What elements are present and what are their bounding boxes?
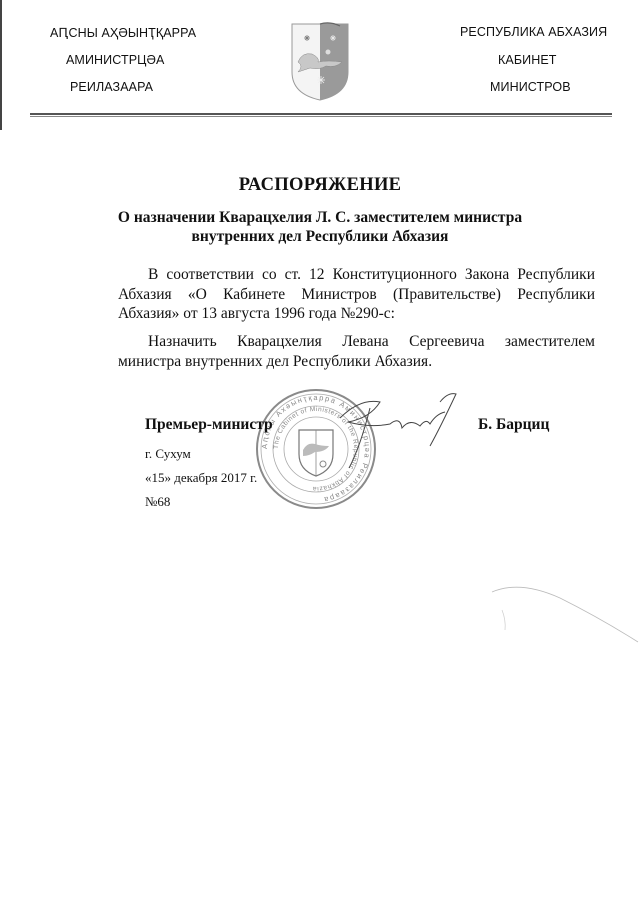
letterhead-right-line-1: РЕСПУБЛИКА АБХАЗИЯ — [460, 25, 607, 39]
coat-of-arms-icon — [290, 22, 350, 102]
paragraph-appointment: Назначить Кварацхелия Левана Сергеевича … — [118, 332, 595, 371]
signatory-name: Б. Барциц — [478, 416, 549, 434]
letterhead-right-line-2: КАБИНЕТ — [498, 53, 557, 67]
handwritten-signature-icon — [330, 388, 480, 468]
document-subject: О назначении Кварацхелия Л. С. заместите… — [0, 208, 640, 246]
signatory-position: Премьер-министр — [145, 416, 273, 434]
document-number: №68 — [145, 494, 170, 510]
letterhead-left-line-3: РЕИЛАЗААРА — [70, 80, 153, 94]
letterhead-left-line-2: АМИНИСТРЦӘА — [66, 53, 164, 67]
document-date: «15» декабря 2017 г. — [145, 470, 257, 486]
scan-edge — [0, 0, 2, 130]
document-city: г. Сухум — [145, 446, 191, 462]
document-type-title: РАСПОРЯЖЕНИЕ — [0, 175, 640, 196]
paragraph-appointment-text: Назначить Кварацхелия Левана Сергеевича … — [118, 333, 595, 370]
subject-line-1: О назначении Кварацхелия Л. С. заместите… — [0, 208, 640, 227]
paragraph-basis: В соответствии со ст. 12 Конституционног… — [118, 265, 595, 324]
letterhead-right-line-3: МИНИСТРОВ — [490, 80, 571, 94]
letterhead-left-line-1: АԤСНЫ АҲӘЫНҬҚАРРА — [50, 25, 196, 40]
letterhead-separator — [30, 113, 612, 117]
subject-line-2: внутренних дел Республики Абхазия — [0, 227, 640, 246]
pen-mark-icon — [480, 570, 640, 650]
paragraph-basis-text: В соответствии со ст. 12 Конституционног… — [118, 266, 595, 322]
